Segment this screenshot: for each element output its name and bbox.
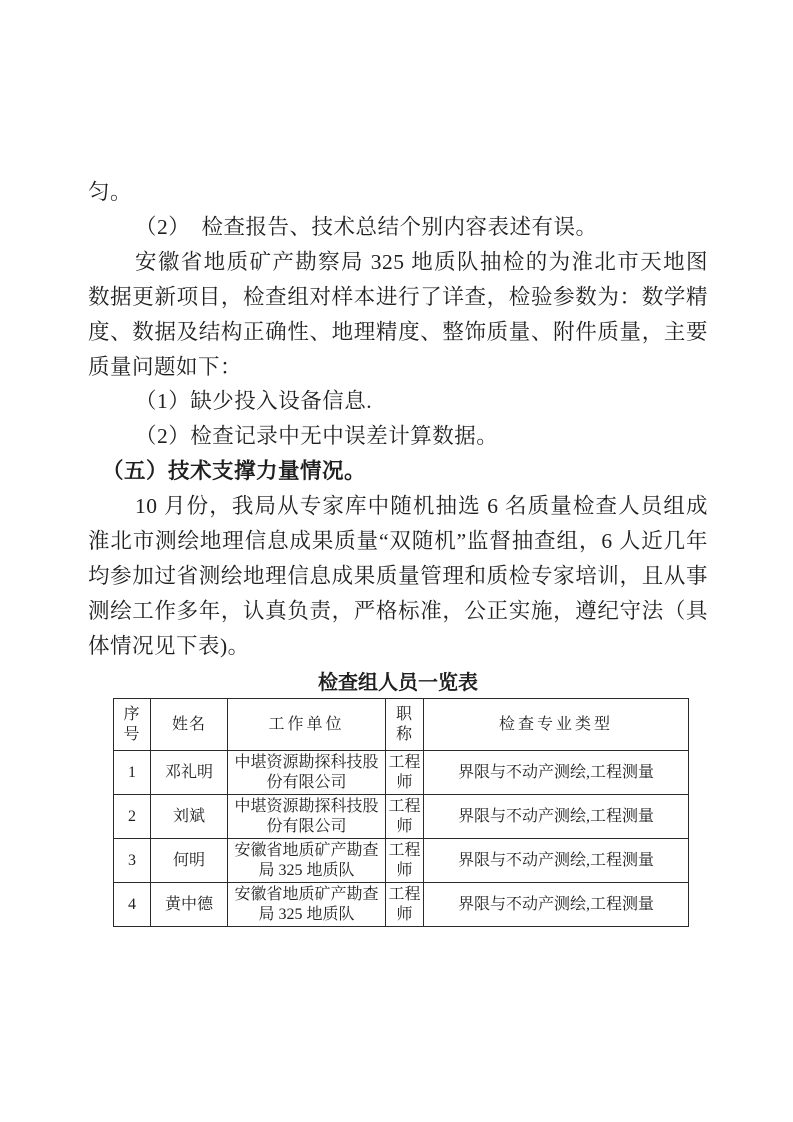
table-header-row: 序号 姓名 工作单位 职称 检查专业类型: [114, 699, 689, 751]
header-name: 姓名: [151, 699, 228, 751]
cell-index: 4: [114, 883, 151, 927]
cell-title: 工程师: [386, 795, 424, 839]
cell-name: 何明: [151, 839, 228, 883]
cell-index: 2: [114, 795, 151, 839]
header-title: 职称: [386, 699, 424, 751]
cell-work-unit: 中堪资源勘探科技股份有限公司: [228, 795, 386, 839]
table-row: 4 黄中德 安徽省地质矿产勘查局 325 地质队 工程师 界限与不动产测绘,工程…: [114, 883, 689, 927]
cell-inspection-type: 界限与不动产测绘,工程测量: [424, 795, 689, 839]
cell-title: 工程师: [386, 751, 424, 795]
table-row: 3 何明 安徽省地质矿产勘查局 325 地质队 工程师 界限与不动产测绘,工程测…: [114, 839, 689, 883]
paragraph-october: 10 月份，我局从专家库中随机抽选 6 名质量检查人员组成淮北市测绘地理信息成果…: [88, 489, 708, 664]
header-work-unit: 工作单位: [228, 699, 386, 751]
table-title: 检查组人员一览表: [88, 668, 708, 698]
table-row: 1 邓礼明 中堪资源勘探科技股份有限公司 工程师 界限与不动产测绘,工程测量: [114, 751, 689, 795]
cell-work-unit: 中堪资源勘探科技股份有限公司: [228, 751, 386, 795]
header-index: 序号: [114, 699, 151, 751]
cell-index: 1: [114, 751, 151, 795]
paragraph-issue-1: （1）缺少投入设备信息.: [88, 384, 708, 419]
inspector-table: 序号 姓名 工作单位 职称 检查专业类型 1 邓礼明 中堪资源勘探科技股份有限公…: [113, 698, 689, 927]
paragraph-issue-2: （2）检查记录中无中误差计算数据。: [88, 419, 708, 454]
cell-title: 工程师: [386, 839, 424, 883]
paragraph-continuation: 匀。: [88, 175, 708, 210]
cell-name: 黄中德: [151, 883, 228, 927]
table-row: 2 刘斌 中堪资源勘探科技股份有限公司 工程师 界限与不动产测绘,工程测量: [114, 795, 689, 839]
paragraph-anhui-check: 安徽省地质矿产勘察局 325 地质队抽检的为淮北市天地图数据更新项目，检查组对样…: [88, 245, 708, 385]
paragraph-item-2: （2） 检查报告、技术总结个别内容表述有误。: [88, 210, 708, 245]
cell-work-unit: 安徽省地质矿产勘查局 325 地质队: [228, 839, 386, 883]
cell-name: 邓礼明: [151, 751, 228, 795]
cell-work-unit: 安徽省地质矿产勘查局 325 地质队: [228, 883, 386, 927]
header-inspection-type: 检查专业类型: [424, 699, 689, 751]
cell-inspection-type: 界限与不动产测绘,工程测量: [424, 751, 689, 795]
cell-inspection-type: 界限与不动产测绘,工程测量: [424, 839, 689, 883]
cell-title: 工程师: [386, 883, 424, 927]
cell-name: 刘斌: [151, 795, 228, 839]
section-heading-5: （五）技术支撑力量情况。: [88, 454, 708, 489]
cell-index: 3: [114, 839, 151, 883]
document-page: 匀。 （2） 检查报告、技术总结个别内容表述有误。 安徽省地质矿产勘察局 325…: [0, 0, 793, 1122]
document-body-text: 匀。 （2） 检查报告、技术总结个别内容表述有误。 安徽省地质矿产勘察局 325…: [88, 175, 708, 664]
cell-inspection-type: 界限与不动产测绘,工程测量: [424, 883, 689, 927]
